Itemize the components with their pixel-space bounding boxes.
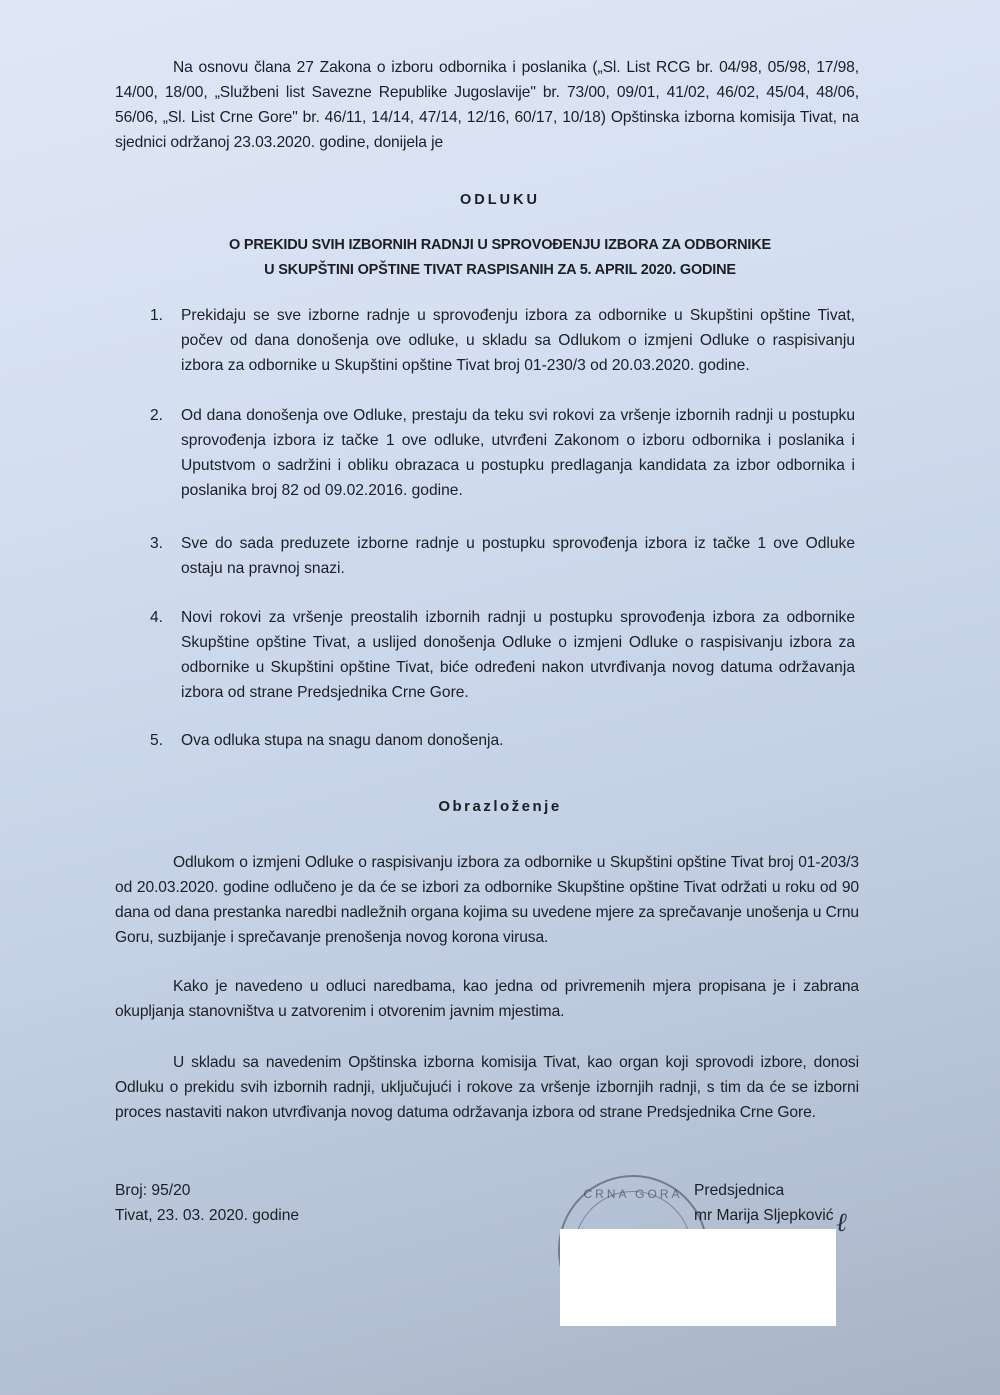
item-number: 4.	[150, 605, 163, 630]
item-number: 2.	[150, 403, 163, 428]
decision-title: ODLUKU	[0, 192, 1000, 208]
stamp-text: CRNA GORA	[560, 1187, 706, 1201]
item-number: 5.	[150, 728, 163, 753]
item-text: Prekidaju se sve izborne radnje u sprovo…	[181, 303, 855, 378]
item-text: Ova odluka stupa na snagu danom donošenj…	[181, 728, 855, 753]
place-and-date: Tivat, 23. 03. 2020. godine	[115, 1203, 299, 1228]
item-text: Od dana donošenja ove Odluke, prestaju d…	[181, 403, 855, 503]
intro-paragraph: Na osnovu člana 27 Zakona o izboru odbor…	[115, 55, 859, 155]
item-number: 3.	[150, 531, 163, 556]
document-page: Na osnovu člana 27 Zakona o izboru odbor…	[0, 0, 1000, 1395]
item-number: 1.	[150, 303, 163, 328]
signatory-name: mr Marija Sljepković	[694, 1203, 834, 1228]
signatory-role: Predsjednica	[694, 1178, 784, 1203]
document-number: Broj: 95/20	[115, 1178, 190, 1203]
explanation-paragraph: U skladu sa navedenim Opštinska izborna …	[115, 1050, 859, 1125]
explanation-paragraph: Kako je navedeno u odluci naredbama, kao…	[115, 974, 859, 1024]
decision-subtitle-line-2: U SKUPŠTINI OPŠTINE TIVAT RASPISANIH ZA …	[160, 258, 840, 283]
handwritten-signature: ℓ	[836, 1208, 847, 1238]
decision-subtitle-line-1: O PREKIDU SVIH IZBORNIH RADNJI U SPROVOĐ…	[160, 233, 840, 258]
item-text: Novi rokovi za vršenje preostalih izborn…	[181, 605, 855, 705]
redaction-box	[560, 1229, 836, 1326]
item-text: Sve do sada preduzete izborne radnje u p…	[181, 531, 855, 581]
explanation-title: Obrazloženje	[0, 798, 1000, 815]
explanation-paragraph: Odlukom o izmjeni Odluke o raspisivanju …	[115, 850, 859, 950]
